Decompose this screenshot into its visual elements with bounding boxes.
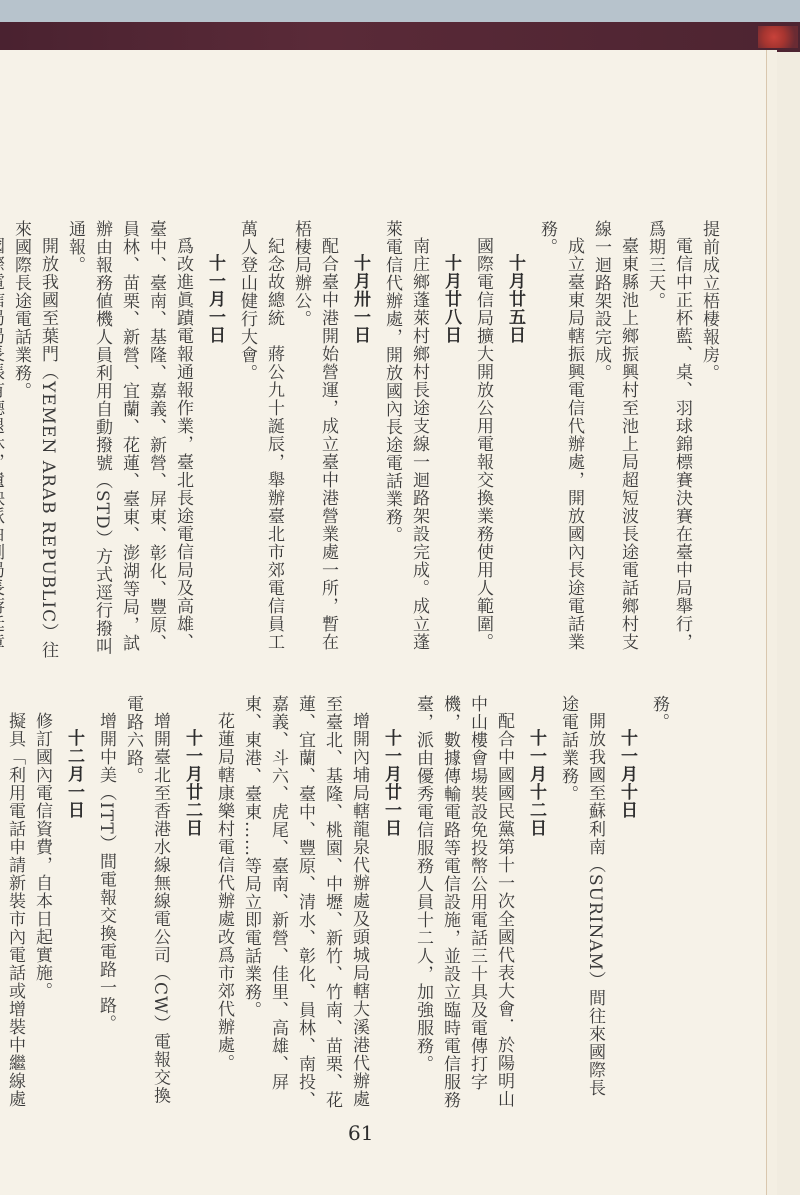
entry-text: 務。: [645, 695, 672, 1115]
entry-text: 提前成立梧棲報房。: [695, 220, 722, 660]
entry-date: 十一月十日: [613, 695, 640, 1149]
entry-text: 開放我國至蘇利南（SURINAM）間往來國際長途電話業務。: [554, 695, 608, 1115]
entry-text: 配合中國國民黨第十一次全國代表大會．於陽明山中山樓會場裝設免投幣公用電話三十具及…: [409, 695, 517, 1115]
entry-text: 紀念故總統 蔣公九十誕辰，舉辦臺北市郊電信員工萬人登山健行大會。: [233, 220, 287, 660]
entry-text: 開放我國至葉門（YEMEN ARAB REPUBLIC）往來國際長途電話業務。: [7, 220, 61, 660]
entry-text: 國際電信局擴大開放公用電報交換業務使用人範圍。: [469, 220, 496, 660]
entry-text: 電信中正杯藍、桌、羽球錦標賽決賽在臺中局舉行，爲期三天。: [641, 220, 695, 660]
entry-text: 南庄鄉蓬萊村鄉村長途支線一迴路架設完成。成立蓬萊電信代辦處，開放國內長途電話業務…: [378, 220, 432, 660]
cover-label: [758, 26, 798, 48]
book-page: 提前成立梧棲報房。電信中正杯藍、桌、羽球錦標賽決賽在臺中局舉行，爲期三天。臺東縣…: [0, 50, 766, 1195]
page-number: 61: [348, 1121, 373, 1145]
entry-date: 十月廿八日: [437, 220, 464, 694]
entry-date: 十一月廿二日: [178, 695, 205, 1149]
entry-text: 增開中美（ITT）間電報交換電路一路。: [92, 695, 119, 1115]
entry-date: 十一月十二日: [522, 695, 549, 1149]
entry-text: 增開臺北至香港水線無線電公司（CW）電報交換電路六路。: [119, 695, 173, 1115]
entry-text: 爲改進眞蹟電報通報作業，臺北長途電信局及高雄、臺中、臺南、基隆、嘉義、新營、屏東…: [61, 220, 196, 660]
entry-date: 十二月一日: [60, 695, 87, 1149]
entry-text: 修訂國內電信資費，自本日起實施。: [28, 695, 55, 1115]
entry-text: 擬具「利用電話申請新裝市內電話或增裝中繼線處理手續」一種，並擇由新竹、員林、臺東…: [0, 695, 28, 1115]
entry-date: 十一月一日: [201, 220, 228, 694]
entry-text: 增開內埔局轄龍泉代辦處及頭城局轄大溪港代辦處至臺北、基隆、桃園、中壢、新竹、竹南…: [237, 695, 372, 1115]
text-area: 提前成立梧棲報房。電信中正杯藍、桌、羽球錦標賽決賽在臺中局舉行，爲期三天。臺東縣…: [30, 220, 750, 1140]
entry-text: 國際電信局局長張有德退休，遺缺派由副局長蔣廷章升充。: [0, 220, 7, 660]
page-edge-inner: [766, 50, 777, 1195]
entry-text: 臺東縣池上鄉振興村至池上局超短波長途電話鄉村支線一迴路架設完成。: [587, 220, 641, 660]
entry-date: 十月廿五日: [501, 220, 528, 694]
entry-date: 十月卅一日: [346, 220, 373, 694]
entry-text: 成立臺東局轄振興電信代辦處，開放國內長途電話業務。: [533, 220, 587, 660]
entry-text: 配合臺中港開始營運，成立臺中港營業處一所，暫在梧棲局辦公。: [287, 220, 341, 660]
entry-date: 十一月廿一日: [377, 695, 404, 1149]
entry-text: 花蓮局轄康樂村電信代辦處改爲市郊代辦處。: [210, 695, 237, 1115]
top-half-columns: 提前成立梧棲報房。電信中正杯藍、桌、羽球錦標賽決賽在臺中局舉行，爲期三天。臺東縣…: [30, 220, 750, 660]
bottom-half-columns: 務。十一月十日開放我國至蘇利南（SURINAM）間往來國際長途電話業務。十一月十…: [30, 695, 750, 1115]
